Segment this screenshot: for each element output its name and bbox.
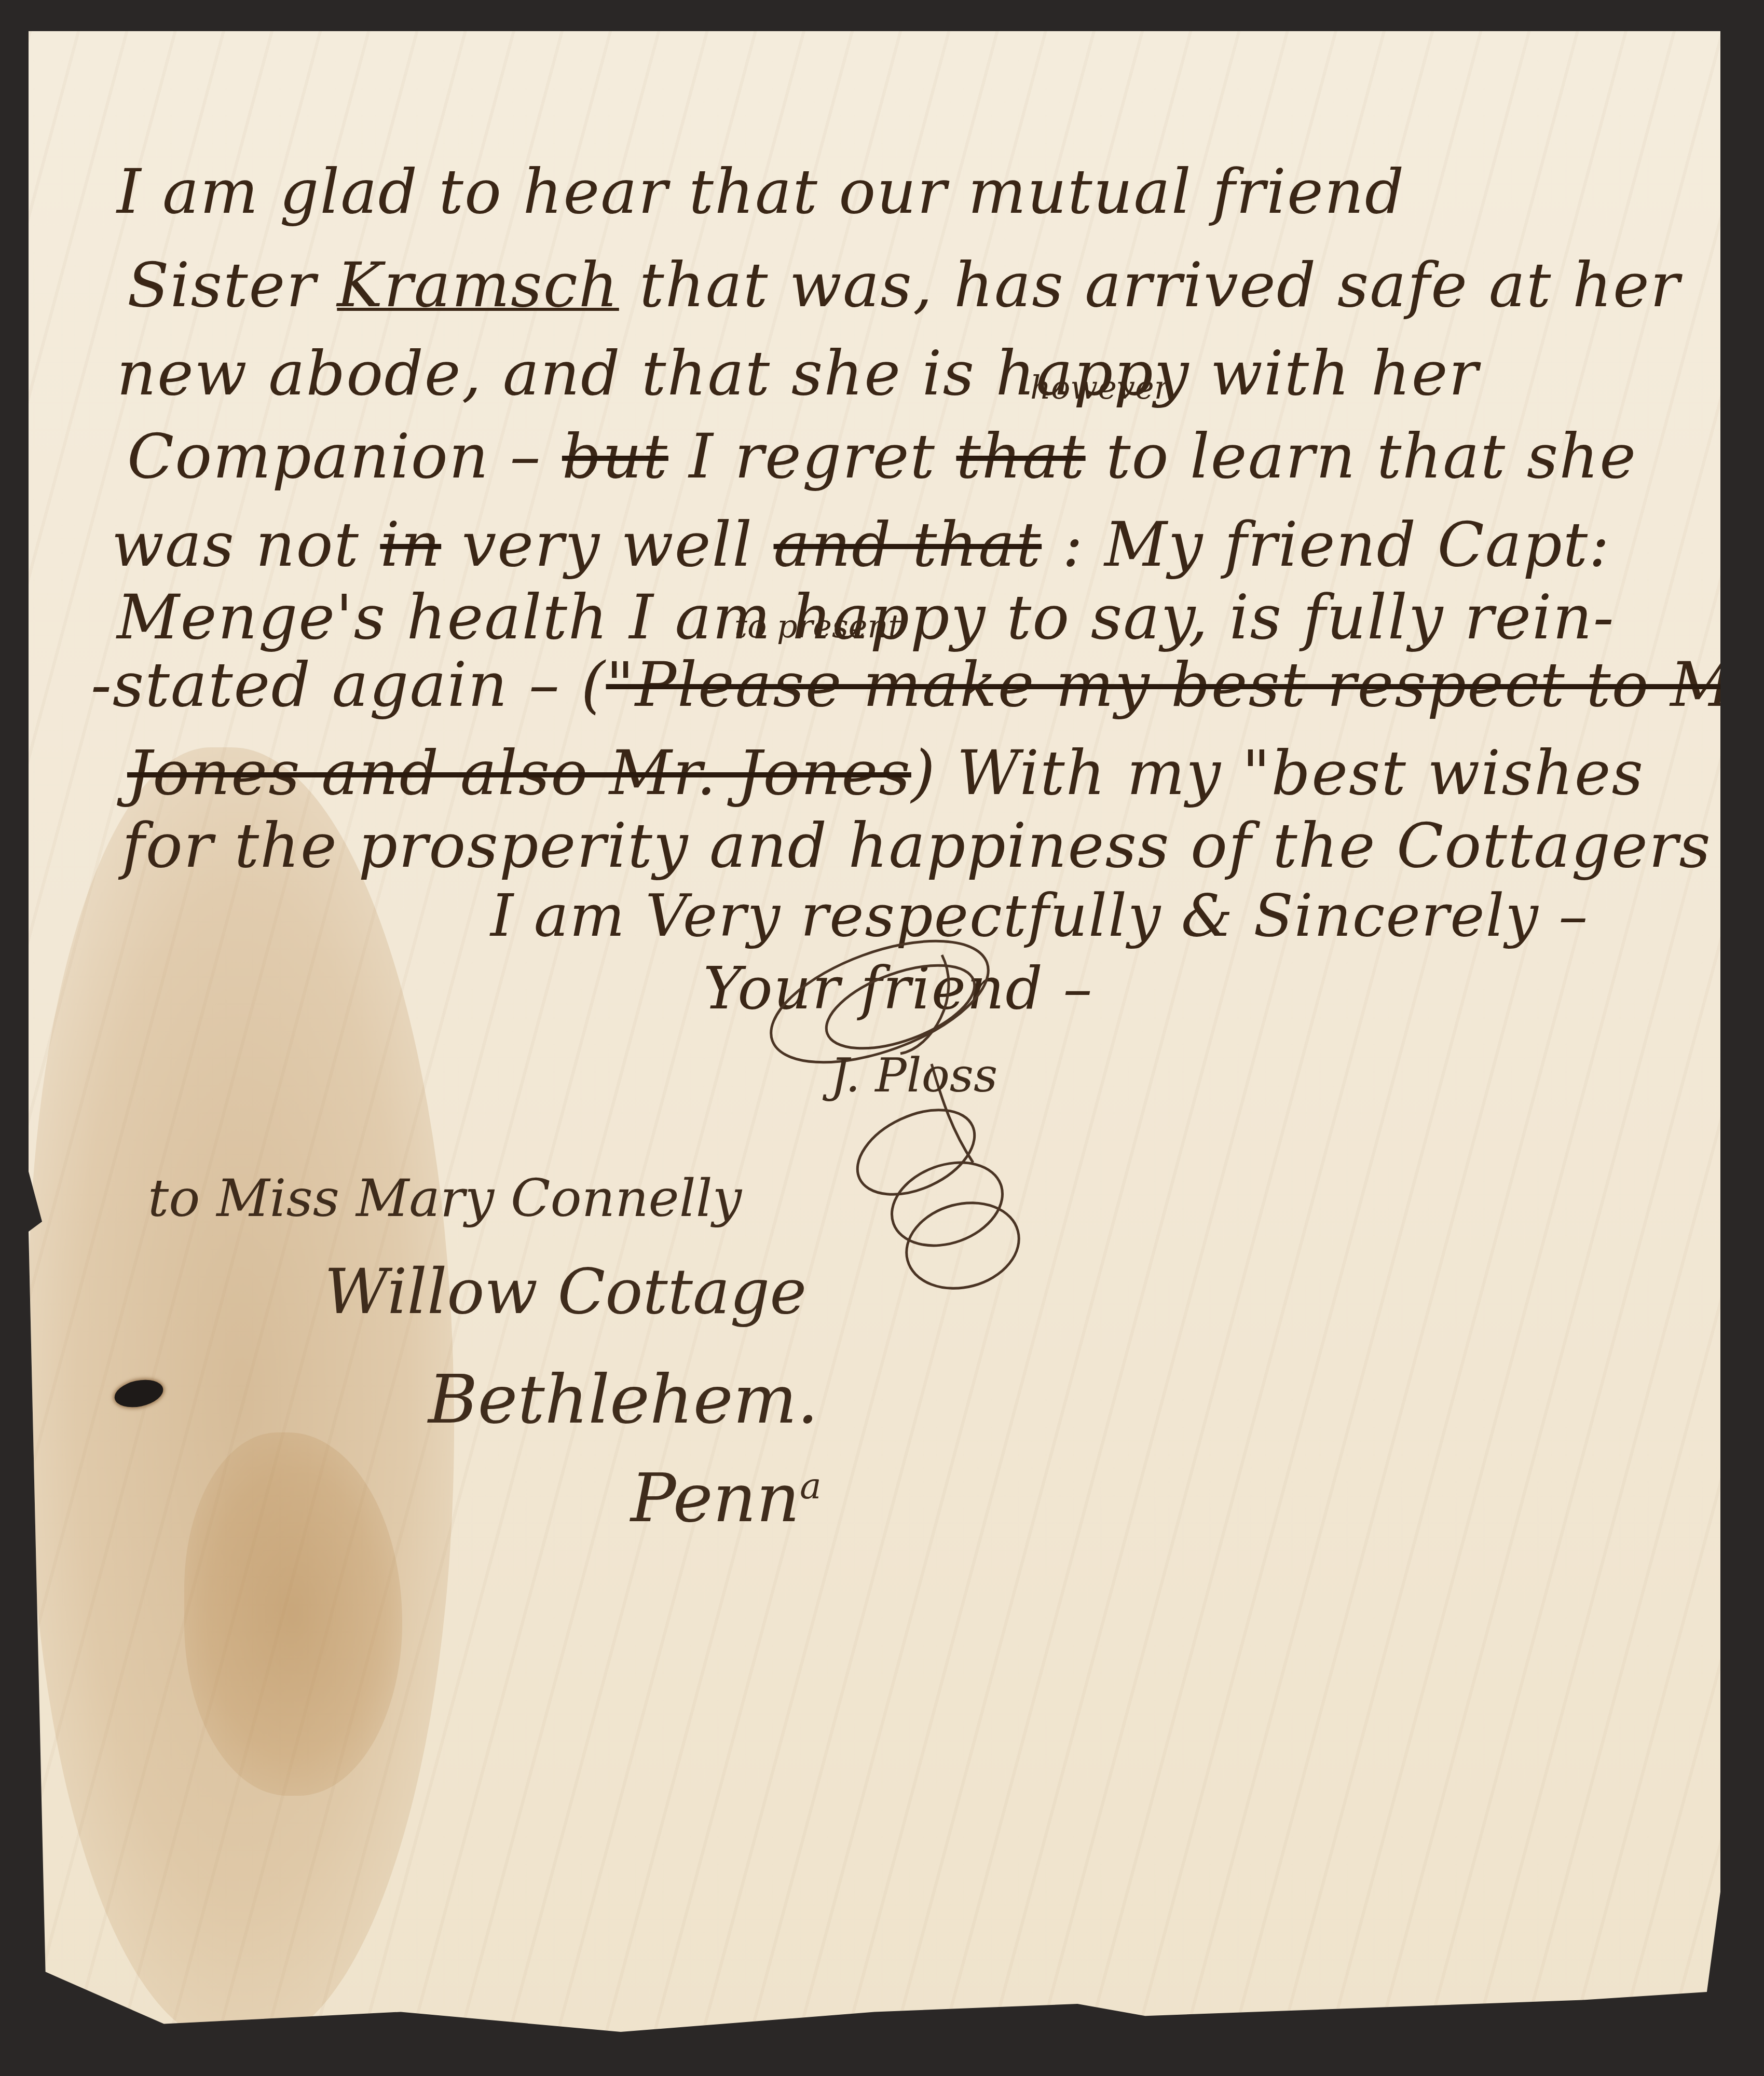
body-line-2: Sister Kramsch that was, has arrived saf… xyxy=(127,249,1680,321)
text-segment: for the prosperity and happiness of the … xyxy=(122,810,1763,881)
text-segment: ) With my "best wishes xyxy=(911,737,1644,809)
body-line-3: new abode, and that she is happy with he… xyxy=(117,337,1479,409)
text-segment: : My friend Capt: xyxy=(1042,509,1610,580)
text-segment: Companion – xyxy=(127,420,562,492)
struck-text: but xyxy=(562,420,668,492)
address-state-text: Penn xyxy=(631,1458,800,1537)
struck-text: Jones and also Mr. Jones xyxy=(127,737,911,809)
body-line-8: Jones and also Mr. Jones) With my "best … xyxy=(127,737,1644,809)
struck-text: "Please make my best respect to Miss xyxy=(606,649,1764,720)
text-segment: I am glad to hear that our mutual friend xyxy=(117,156,1405,227)
text-segment: that was, has arrived safe at her xyxy=(619,249,1680,321)
letter-page: I am glad to hear that our mutual friend… xyxy=(29,31,1720,2032)
body-line-7: -stated again – ("Please make my best re… xyxy=(91,649,1764,720)
body-line-1: I am glad to hear that our mutual friend xyxy=(117,156,1405,227)
text-segment: new abode, and that she is happy with he… xyxy=(117,337,1479,409)
text-segment: I regret xyxy=(668,420,956,492)
signature-flourish-icon xyxy=(745,934,1118,1308)
struck-text: and that xyxy=(774,509,1042,580)
body-line-9: for the prosperity and happiness of the … xyxy=(122,810,1763,881)
text-segment: very well xyxy=(441,509,773,580)
insertion-to-present: to present xyxy=(734,607,901,645)
address-cottage: Willow Cottage xyxy=(324,1256,806,1328)
address-state: Penna xyxy=(631,1458,822,1537)
text-segment: to learn that she xyxy=(1086,420,1637,492)
signature-text: J. Ploss xyxy=(830,1048,997,1103)
water-stain xyxy=(29,747,454,2045)
body-line-4: Companion – but I regret that to learn t… xyxy=(127,420,1637,492)
text-segment: Sister xyxy=(127,249,337,321)
address-town: Bethlehem. xyxy=(428,1360,818,1439)
address-state-superscript: a xyxy=(800,1465,822,1507)
body-line-5: was not in very well and that : My frien… xyxy=(112,509,1610,580)
struck-text: that xyxy=(956,420,1085,492)
text-segment: -stated again – ( xyxy=(91,649,606,720)
underlined-name: Kramsch xyxy=(337,249,619,321)
address-recipient: to Miss Mary Connelly xyxy=(148,1168,742,1228)
struck-text: in xyxy=(380,509,441,580)
text-segment: was not xyxy=(112,509,380,580)
insertion-however: however xyxy=(1030,368,1169,406)
